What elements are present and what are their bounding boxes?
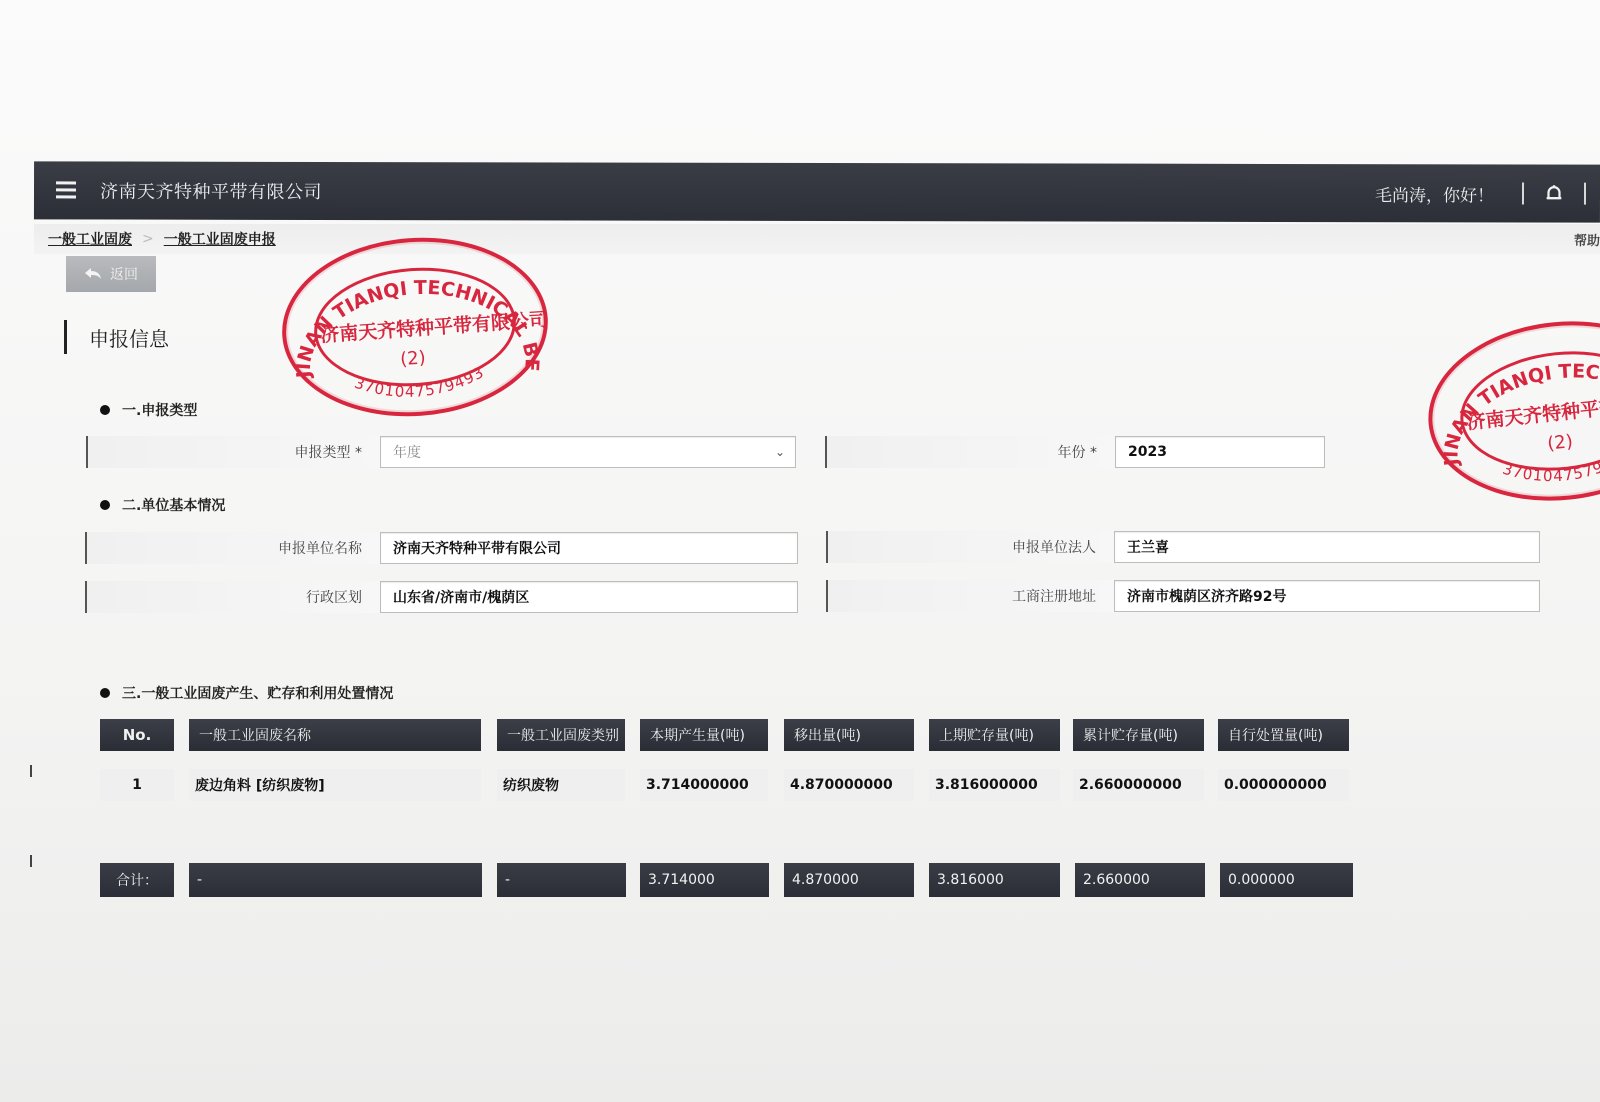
section-accent-bar	[64, 320, 67, 354]
notification-button[interactable]	[1524, 182, 1584, 204]
seal-number-label: (2)	[400, 347, 427, 370]
table-header-cell: 一般工业固废类别	[497, 719, 625, 751]
breadcrumb-separator: >	[142, 231, 154, 247]
report-type-label: 申报类型 *	[86, 436, 380, 468]
back-button-label: 返回	[110, 264, 138, 284]
table-header-cell: No.	[100, 719, 174, 751]
reg-address-row: 工商注册地址 济南市槐荫区济齐路92号	[826, 580, 1540, 612]
table-total-cell: -	[497, 863, 626, 897]
svg-text:JINAN TIANQI TECHNICAL BELTS C: JINAN TIANQI TECHNICAL BELTS CO.,LTD.	[1410, 292, 1600, 479]
table-total-cell: 3.714000	[640, 863, 769, 897]
report-type-value: 年度	[393, 442, 421, 462]
breadcrumb-item-waste-report[interactable]: 一般工业固废申报	[164, 229, 276, 249]
table-header-cell: 累计贮存量(吨)	[1073, 719, 1204, 751]
divider	[1584, 183, 1586, 205]
table-header-cell: 上期贮存量(吨)	[929, 719, 1060, 751]
report-type-row: 申报类型 * 年度 ⌄	[86, 436, 796, 468]
table-row-cell: 纺织废物	[497, 769, 625, 801]
table-header-cell: 本期产生量(吨)	[640, 719, 768, 751]
table-row-cell[interactable]: 废边角料 [纺织废物]	[189, 769, 481, 801]
table-header-cell: 自行处置量(吨)	[1218, 719, 1349, 751]
subsection-report-type: 一.申报类型	[100, 400, 197, 420]
user-greeting[interactable]: 毛尚涛，你好！	[1375, 181, 1494, 206]
seal-text-ring: JINAN TIANQI TECHNICAL BELTS CO.,LTD.370…	[276, 229, 554, 425]
table-header-cell: 移出量(吨)	[784, 719, 914, 751]
company-seal-stamp: 济南天齐特种平带有限公司 (2) JINAN TIANQI TECHNICAL …	[276, 229, 554, 425]
scan-mark	[30, 765, 32, 777]
admin-region-label: 行政区划	[85, 581, 380, 613]
table-total-cell: 2.660000	[1075, 863, 1205, 897]
unit-name-row: 申报单位名称 济南天齐特种平带有限公司	[85, 532, 798, 564]
table-row-cell: 3.816000000	[929, 769, 1060, 801]
section-header: 申报信息	[64, 320, 169, 354]
top-navbar: 济南天齐特种平带有限公司 毛尚涛，你好！	[34, 161, 1600, 222]
seal-company-name: 济南天齐特种平带有限公司	[1465, 384, 1600, 435]
breadcrumb-item-general-solid-waste[interactable]: 一般工业固废	[48, 229, 132, 249]
table-row-cell: 0.000000000	[1218, 769, 1349, 801]
bullet-icon	[100, 688, 110, 698]
table-row-cell: 4.870000000	[784, 769, 914, 801]
seal-inner-ring	[1454, 342, 1600, 480]
table-header-cell: 一般工业固废名称	[189, 719, 481, 751]
table-total-cell: -	[189, 863, 482, 897]
subsection-unit-info: 二.单位基本情况	[100, 495, 225, 515]
back-arrow-icon	[84, 267, 102, 281]
page: 济南天齐特种平带有限公司 毛尚涛，你好！ 一般工业固废 > 一般工业固废申报 帮…	[0, 0, 1600, 1102]
seal-inner-ring	[310, 261, 520, 393]
svg-text:3701047579493: 3701047579493	[1498, 444, 1600, 491]
legal-person-row: 申报单位法人 王兰喜	[826, 531, 1540, 563]
company-seal-stamp-partial: 济南天齐特种平带有限公司 (2) JINAN TIANQI TECHNICAL …	[1419, 309, 1600, 514]
chevron-down-icon: ⌄	[775, 445, 785, 459]
unit-name-label: 申报单位名称	[85, 532, 380, 564]
unit-name-input[interactable]: 济南天齐特种平带有限公司	[380, 532, 798, 564]
bullet-icon	[100, 500, 110, 510]
topbar-user-area: 毛尚涛，你好！	[1375, 181, 1600, 206]
breadcrumb: 一般工业固废 > 一般工业固废申报 帮助	[34, 224, 1600, 254]
hamburger-menu-icon[interactable]	[56, 181, 78, 199]
subsection-title: 一.申报类型	[122, 400, 197, 420]
subsection-title: 二.单位基本情况	[122, 495, 225, 515]
legal-person-label: 申报单位法人	[826, 531, 1114, 563]
table-row-cell: 1	[100, 769, 174, 801]
legal-person-input[interactable]: 王兰喜	[1114, 531, 1540, 563]
help-link[interactable]: 帮助	[1574, 230, 1600, 249]
bullet-icon	[100, 405, 110, 415]
year-label: 年份 *	[825, 436, 1115, 468]
table-row-cell: 3.714000000	[640, 769, 768, 801]
back-button[interactable]: 返回	[66, 256, 156, 292]
table-total-cell: 4.870000	[784, 863, 914, 897]
app-title: 济南天齐特种平带有限公司	[100, 177, 322, 203]
table-total-cell: 合计：	[100, 863, 174, 897]
year-row: 年份 * 2023	[825, 436, 1325, 468]
admin-region-row: 行政区划 山东省/济南市/槐荫区	[85, 581, 798, 613]
seal-text-ring: JINAN TIANQI TECHNICAL BELTS CO.,LTD.370…	[1419, 309, 1600, 514]
seal-company-name: 济南天齐特种平带有限公司	[319, 305, 548, 348]
year-input[interactable]: 2023	[1115, 436, 1325, 468]
table-row-cell: 2.660000000	[1073, 769, 1204, 801]
subsection-title: 三.一般工业固废产生、贮存和利用处置情况	[122, 683, 393, 703]
seal-number-label: (2)	[1546, 431, 1574, 455]
table-total-cell: 3.816000	[929, 863, 1060, 897]
subsection-waste-table: 三.一般工业固废产生、贮存和利用处置情况	[100, 683, 393, 703]
table-total-cell: 0.000000	[1220, 863, 1353, 897]
reg-address-label: 工商注册地址	[826, 580, 1114, 612]
reg-address-input[interactable]: 济南市槐荫区济齐路92号	[1114, 580, 1540, 612]
report-type-select[interactable]: 年度 ⌄	[380, 436, 796, 468]
admin-region-input[interactable]: 山东省/济南市/槐荫区	[380, 581, 798, 613]
scan-mark	[30, 855, 32, 867]
svg-text:3701047579493: 3701047579493	[351, 362, 489, 405]
section-title: 申报信息	[89, 323, 169, 352]
bell-icon	[1543, 183, 1565, 205]
